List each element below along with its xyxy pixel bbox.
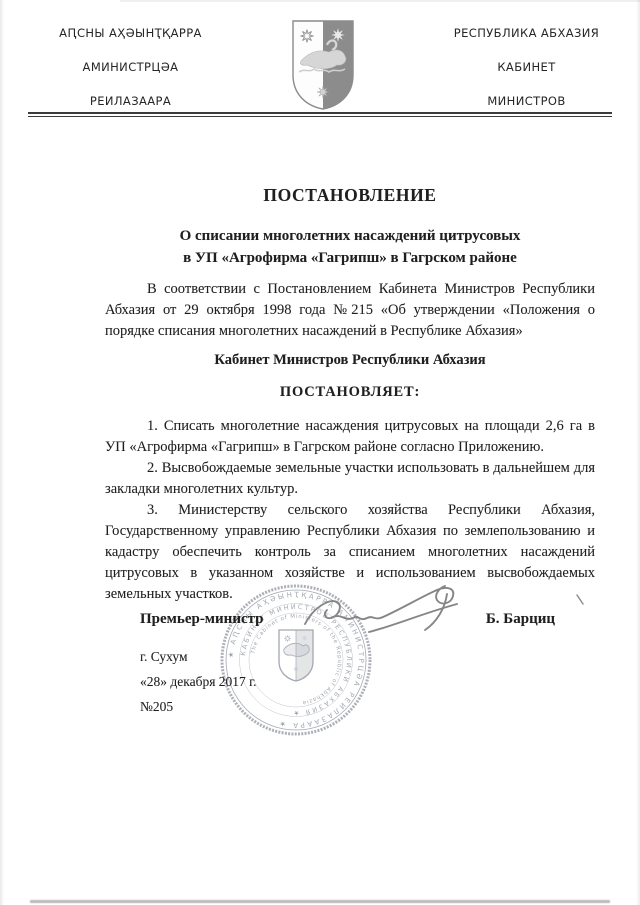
signature-scrawl [295,574,480,659]
letterhead-abkhaz: АԤСНЫ АҲӘЫНҬҚАРРА АМИНИСТРЦӘА РЕИЛАЗААРА [28,16,233,118]
letterhead-abkhaz-line: АМИНИСТРЦӘА [28,50,233,84]
scan-edge-left [0,0,4,905]
letterhead-russian-line: КАБИНЕТ [424,50,629,84]
document-number: №205 [105,699,595,715]
scan-bottom-line [30,900,610,903]
document-subject-line: в УП «Агрофирма «Гагрипш» в Гагрском рай… [105,247,595,269]
document-title: ПОСТАНОВЛЕНИЕ [105,185,595,206]
document-page: АԤСНЫ АҲӘЫНҬҚАРРА АМИНИСТРЦӘА РЕИЛАЗААРА… [0,0,640,905]
scan-edge-right [636,0,640,905]
decree-item: 1. Списать многолетние насаждения цитрус… [105,416,595,458]
decree-item: 2. Высвобождаемые земельные участки испо… [105,458,595,500]
letterhead-russian-line: РЕСПУБЛИКА АБХАЗИЯ [424,16,629,50]
letterhead-abkhaz-line: АԤСНЫ АҲӘЫНҬҚАРРА [28,16,233,50]
issuer-line: Кабинет Министров Республики Абхазия [105,350,595,371]
document-date: «28» декабря 2017 г. [105,674,595,690]
document-subject: О списании многолетних насаждений цитрус… [105,225,595,269]
preamble-paragraph: В соответствии с Постановлением Кабинета… [105,279,595,342]
resolves-line: ПОСТАНОВЛЯЕТ: [105,382,595,403]
scan-edge-top [120,0,640,2]
abkhazia-coat-of-arms-icon [291,19,355,111]
letterhead-russian: РЕСПУБЛИКА АБХАЗИЯ КАБИНЕТ МИНИСТРОВ [424,16,629,118]
document-subject-line: О списании многолетних насаждений цитрус… [105,225,595,247]
document-body: ПОСТАНОВЛЕНИЕ О списании многолетних нас… [105,117,595,605]
scan-speck [575,594,585,606]
signer-post: Премьер-министр [140,611,264,628]
signer-name: Б. Барциц [486,611,555,628]
